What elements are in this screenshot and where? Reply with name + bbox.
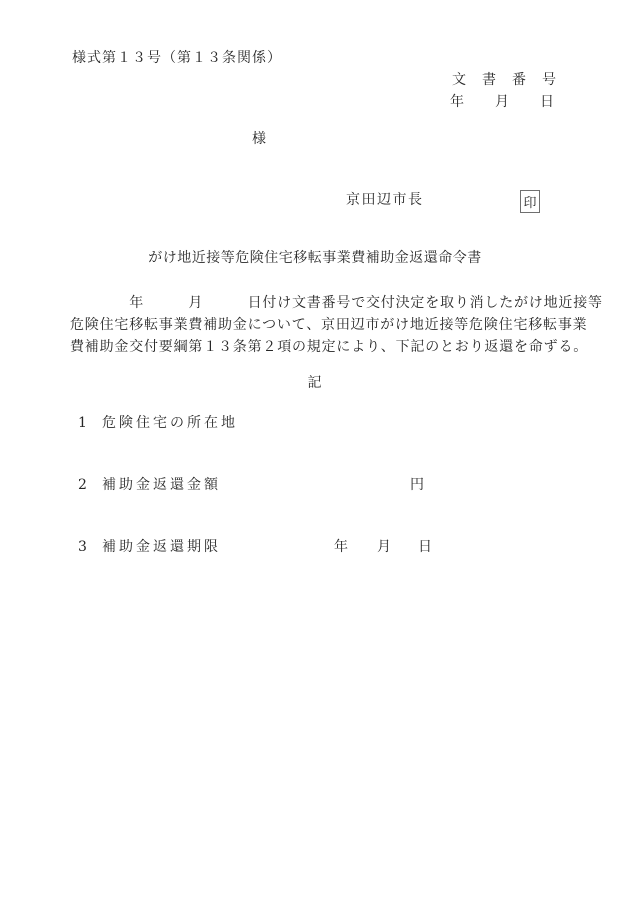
issue-date-line: 年 月 日 — [450, 95, 555, 109]
body-line: 費補助金交付要綱第１３条第２項の規定により、下記のとおり返還を命ずる。 — [70, 336, 600, 358]
body-paragraph: 年 月 日付け文書番号で交付決定を取り消したがけ地近接等 危険住宅移転事業費補助… — [70, 292, 600, 358]
document-title: がけ地近接等危険住宅移転事業費補助金返還命令書 — [0, 251, 630, 265]
addressee-honorific: 様 — [252, 132, 267, 146]
body-line: 危険住宅移転事業費補助金について、京田辺市がけ地近接等危険住宅移転事業 — [70, 314, 600, 336]
form-number: 様式第１３号（第１３条関係） — [72, 51, 282, 65]
item-label: 危険住宅の所在地 — [102, 414, 238, 432]
sender-title: 京田辺市長 — [346, 193, 424, 207]
item-number: 1 — [78, 414, 87, 432]
body-line: 年 月 日付け文書番号で交付決定を取り消したがけ地近接等 — [70, 292, 600, 314]
day-label: 日 — [418, 538, 432, 556]
item-number: 2 — [78, 476, 87, 494]
year-label: 年 — [334, 538, 348, 556]
item-number: 3 — [78, 538, 87, 556]
list-item-refund-amount: 2 補助金返還金額 円 — [0, 476, 630, 494]
month-label: 月 — [377, 538, 391, 556]
list-item-residence: 1 危険住宅の所在地 — [0, 414, 630, 432]
seal-mark: 印 — [523, 192, 536, 211]
document-page: 様式第１３号（第１３条関係） 文 書 番 号 年 月 日 様 京田辺市長 印 が… — [0, 0, 630, 915]
yen-unit-label: 円 — [410, 476, 424, 494]
document-number-label: 文 書 番 号 — [452, 73, 557, 87]
item-label: 補助金返還期限 — [102, 538, 221, 556]
record-marker: 記 — [0, 376, 630, 390]
item-label: 補助金返還金額 — [102, 476, 221, 494]
list-item-refund-deadline: 3 補助金返還期限 年 月 日 — [0, 538, 630, 556]
seal-box: 印 — [520, 190, 540, 213]
